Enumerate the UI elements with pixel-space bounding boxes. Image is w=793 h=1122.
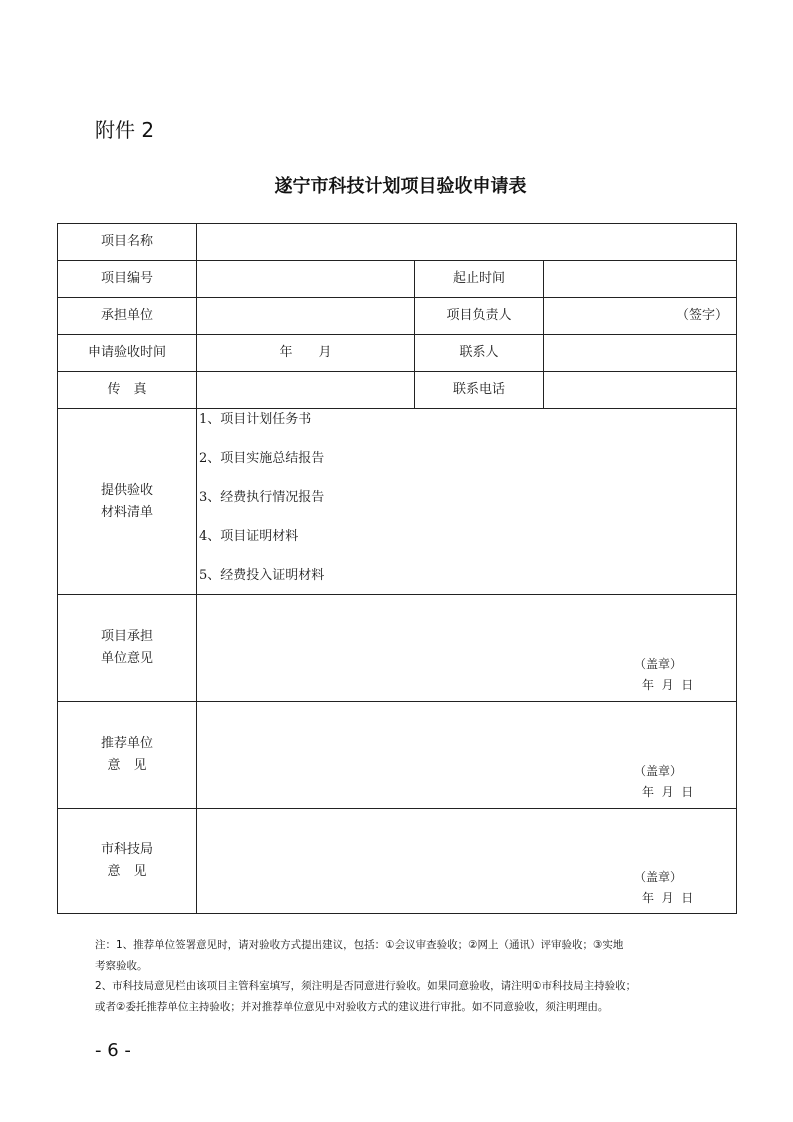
attachment-label: 附件 2 [95, 114, 154, 143]
form-title: 遂宁市科技计划项目验收申请表 [0, 172, 793, 198]
fax-field[interactable] [198, 372, 413, 408]
seal-hint: （盖章） [634, 761, 693, 782]
note-line: 或者②委托推荐单位主持验收；并对推荐单位意见中对验收方式的建议进行审批。如不同意… [95, 997, 745, 1018]
label-recommending-unit-opinion: 推荐单位 意 见 [58, 702, 196, 808]
label-start-end-time: 起止时间 [415, 261, 543, 297]
label-materials: 提供验收 材料清单 [58, 409, 196, 594]
materials-label-line2: 材料清单 [101, 502, 153, 524]
recommending-unit-opinion-field[interactable]: （盖章） 年 月 日 [198, 702, 736, 808]
opinion-label-line2: 意 见 [107, 861, 146, 883]
list-item: 1、项目计划任务书 [199, 409, 324, 448]
label-undertaking-unit: 承担单位 [58, 298, 196, 334]
list-item: 2、项目实施总结报告 [199, 448, 324, 487]
opinion-label-line2: 单位意见 [101, 648, 153, 670]
materials-label-line1: 提供验收 [101, 480, 153, 502]
apply-time-field[interactable]: 年 月 [198, 335, 413, 371]
materials-list: 1、项目计划任务书 2、项目实施总结报告 3、经费执行情况报告 4、项目证明材料… [199, 409, 324, 604]
note-line: 2、市科技局意见栏由该项目主管科室填写，须注明是否同意进行验收。如果同意验收，请… [95, 976, 745, 997]
label-contact-phone: 联系电话 [415, 372, 543, 408]
opinion-label-line2: 意 见 [107, 755, 146, 777]
seal-hint: （盖章） [634, 654, 693, 675]
project-leader-field[interactable]: （签字） [545, 298, 736, 334]
page-number: - 6 - [95, 1040, 131, 1061]
seal-hint: （盖章） [634, 867, 693, 888]
undertaking-unit-opinion-field[interactable]: （盖章） 年 月 日 [198, 595, 736, 701]
start-end-time-field[interactable] [545, 261, 736, 297]
label-undertaking-unit-opinion: 项目承担 单位意见 [58, 595, 196, 701]
project-name-field[interactable] [198, 224, 736, 260]
list-item: 4、项目证明材料 [199, 526, 324, 565]
undertaking-unit-field[interactable] [198, 298, 413, 334]
note-line: 考察验收。 [95, 956, 745, 977]
label-project-leader: 项目负责人 [415, 298, 543, 334]
date-hint: 年 月 日 [634, 782, 693, 803]
science-bureau-opinion-field[interactable]: （盖章） 年 月 日 [198, 809, 736, 913]
opinion-label-line1: 推荐单位 [101, 733, 153, 755]
contact-person-field[interactable] [545, 335, 736, 371]
label-apply-time: 申请验收时间 [58, 335, 196, 371]
label-project-name: 项目名称 [58, 224, 196, 260]
acceptance-application-form: 项目名称 项目编号 起止时间 承担单位 项目负责人 （签字） 申请验收时间 年 … [57, 223, 737, 914]
signature-hint: （签字） [676, 305, 736, 327]
notes: 注：1、推荐单位签署意见时，请对验收方式提出建议，包括：①会议审查验收；②网上（… [95, 935, 745, 1017]
contact-phone-field[interactable] [545, 372, 736, 408]
opinion-label-line1: 市科技局 [101, 839, 153, 861]
label-project-number: 项目编号 [58, 261, 196, 297]
date-hint: 年 月 日 [634, 675, 693, 696]
date-hint: 年 月 日 [634, 888, 693, 909]
note-line: 注：1、推荐单位签署意见时，请对验收方式提出建议，包括：①会议审查验收；②网上（… [95, 935, 745, 956]
divider [543, 260, 544, 408]
list-item: 3、经费执行情况报告 [199, 487, 324, 526]
project-number-field[interactable] [198, 261, 413, 297]
divider [196, 224, 197, 913]
label-fax: 传 真 [58, 372, 196, 408]
opinion-label-line1: 项目承担 [101, 626, 153, 648]
label-science-bureau-opinion: 市科技局 意 见 [58, 809, 196, 913]
label-contact-person: 联系人 [415, 335, 543, 371]
